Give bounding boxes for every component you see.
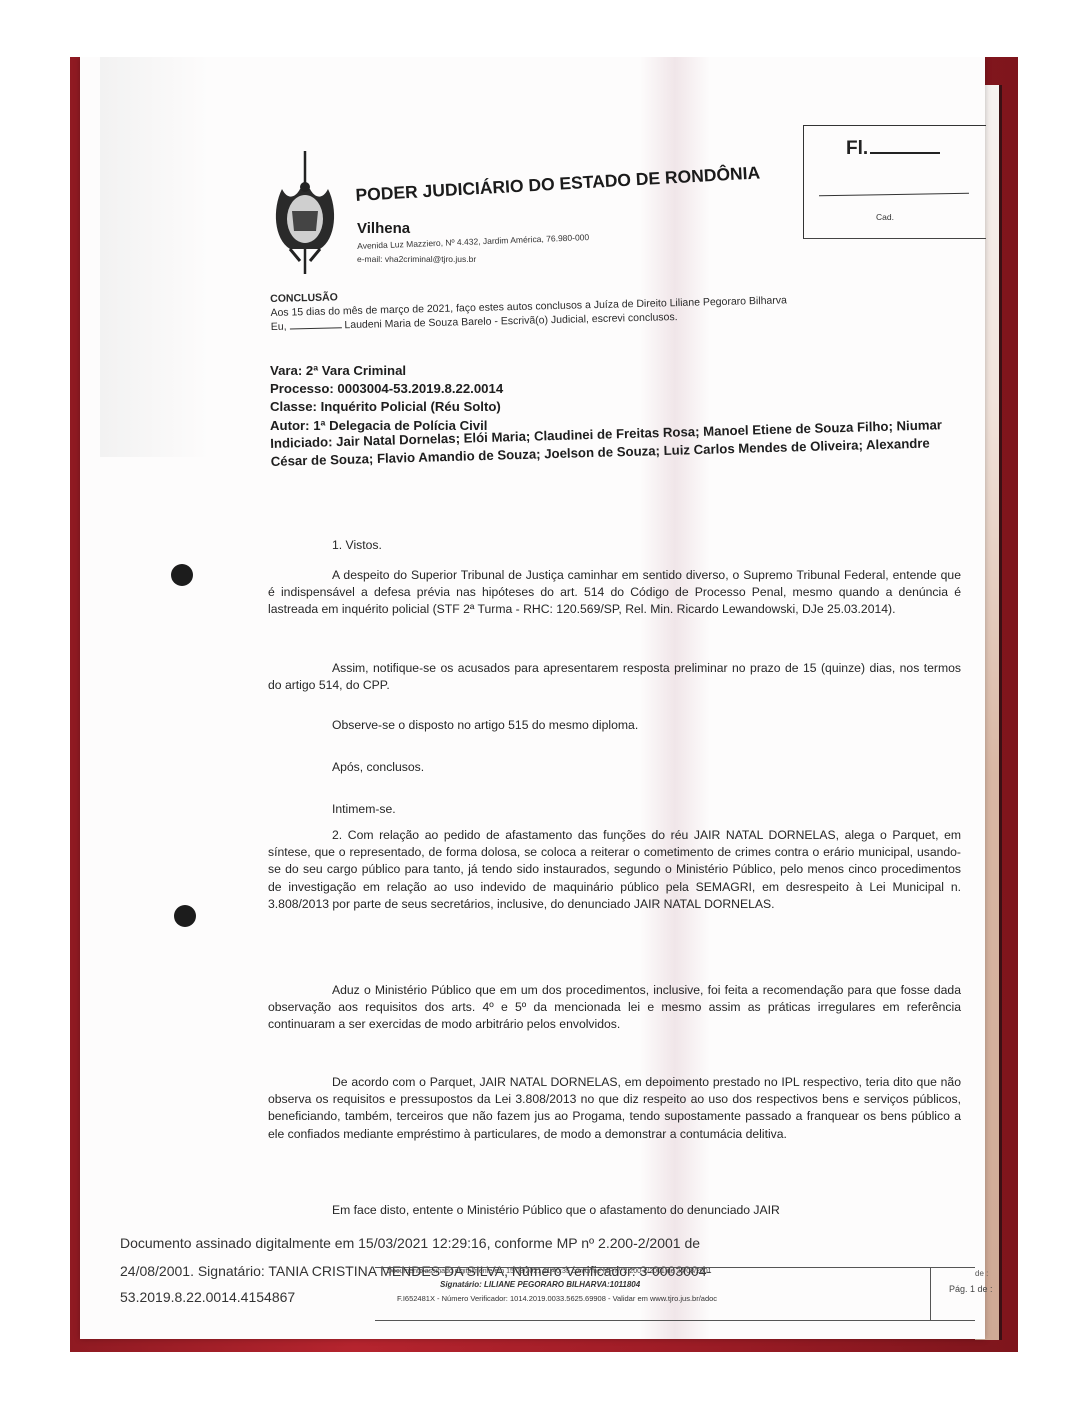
paragraph: Aduz o Ministério Público que em um dos …	[268, 982, 961, 1034]
page-number: Pág. 1 de :	[949, 1284, 993, 1294]
case-processo: Processo: 0003004-53.2019.8.22.0014	[270, 380, 970, 398]
case-info: Vara: 2ª Vara Criminal Processo: 0003004…	[270, 362, 970, 471]
digital-stamp: Documento assinado digitalmente em 15/03…	[375, 1267, 975, 1321]
page-box: Pág. 1 de :	[930, 1268, 1016, 1320]
paragraph: 2. Com relação ao pedido de afastamento …	[268, 827, 961, 913]
back-page-number: de :	[975, 1269, 988, 1278]
conclusao-block: CONCLUSÃO Aos 15 dias do mês de março de…	[270, 275, 971, 334]
paragraph: Após, conclusos.	[268, 759, 1018, 776]
paragraph: De acordo com o Parquet, JAIR NATAL DORN…	[268, 1074, 961, 1143]
document-photo: PODER JUDICIÁRIO DO ESTADO DE RONDÔNIA V…	[70, 57, 1018, 1352]
signature-footer: Documento assinado digitalmente em 15/03…	[120, 1227, 980, 1327]
paragraph: Em face disto, entente o Ministério Públ…	[268, 1202, 961, 1219]
paragraph: Observe-se o disposto no artigo 515 do m…	[268, 717, 1018, 734]
stamp-line-1: Documento assinado digitalmente em 15/03…	[387, 1268, 712, 1275]
city-name: Vilhena	[357, 220, 410, 237]
signature-line-1: Documento assinado digitalmente em 15/03…	[120, 1235, 700, 1251]
paragraph: Assim, notifique-se os acusados para apr…	[268, 660, 961, 694]
hole-punch	[174, 905, 196, 927]
signature-line-3: 53.2019.8.22.0014.4154867	[120, 1289, 295, 1305]
case-classe: Classe: Inquérito Policial (Réu Solto)	[270, 398, 970, 416]
court-email: e-mail: vha2criminal@tjro.jus.br	[357, 254, 476, 264]
stamp-verifier: F.I652481X - Número Verificador: 1014.20…	[397, 1294, 717, 1303]
folio-box: Fl. Cad.	[803, 125, 986, 239]
document-sheet: PODER JUDICIÁRIO DO ESTADO DE RONDÔNIA V…	[80, 57, 985, 1339]
paragraph: A despeito do Superior Tribunal de Justi…	[268, 567, 961, 619]
paragraph: Intimem-se.	[268, 801, 1018, 818]
section1-heading: 1. Vistos.	[268, 537, 1018, 554]
stamp-signatory: Signatário: LILIANE PEGORARO BILHARVA:10…	[440, 1280, 640, 1289]
cad-label: Cad.	[876, 212, 894, 222]
court-coat-of-arms-icon	[270, 149, 340, 279]
folio-label: Fl.	[846, 138, 940, 160]
case-vara: Vara: 2ª Vara Criminal	[270, 362, 970, 380]
hole-punch	[171, 564, 193, 586]
